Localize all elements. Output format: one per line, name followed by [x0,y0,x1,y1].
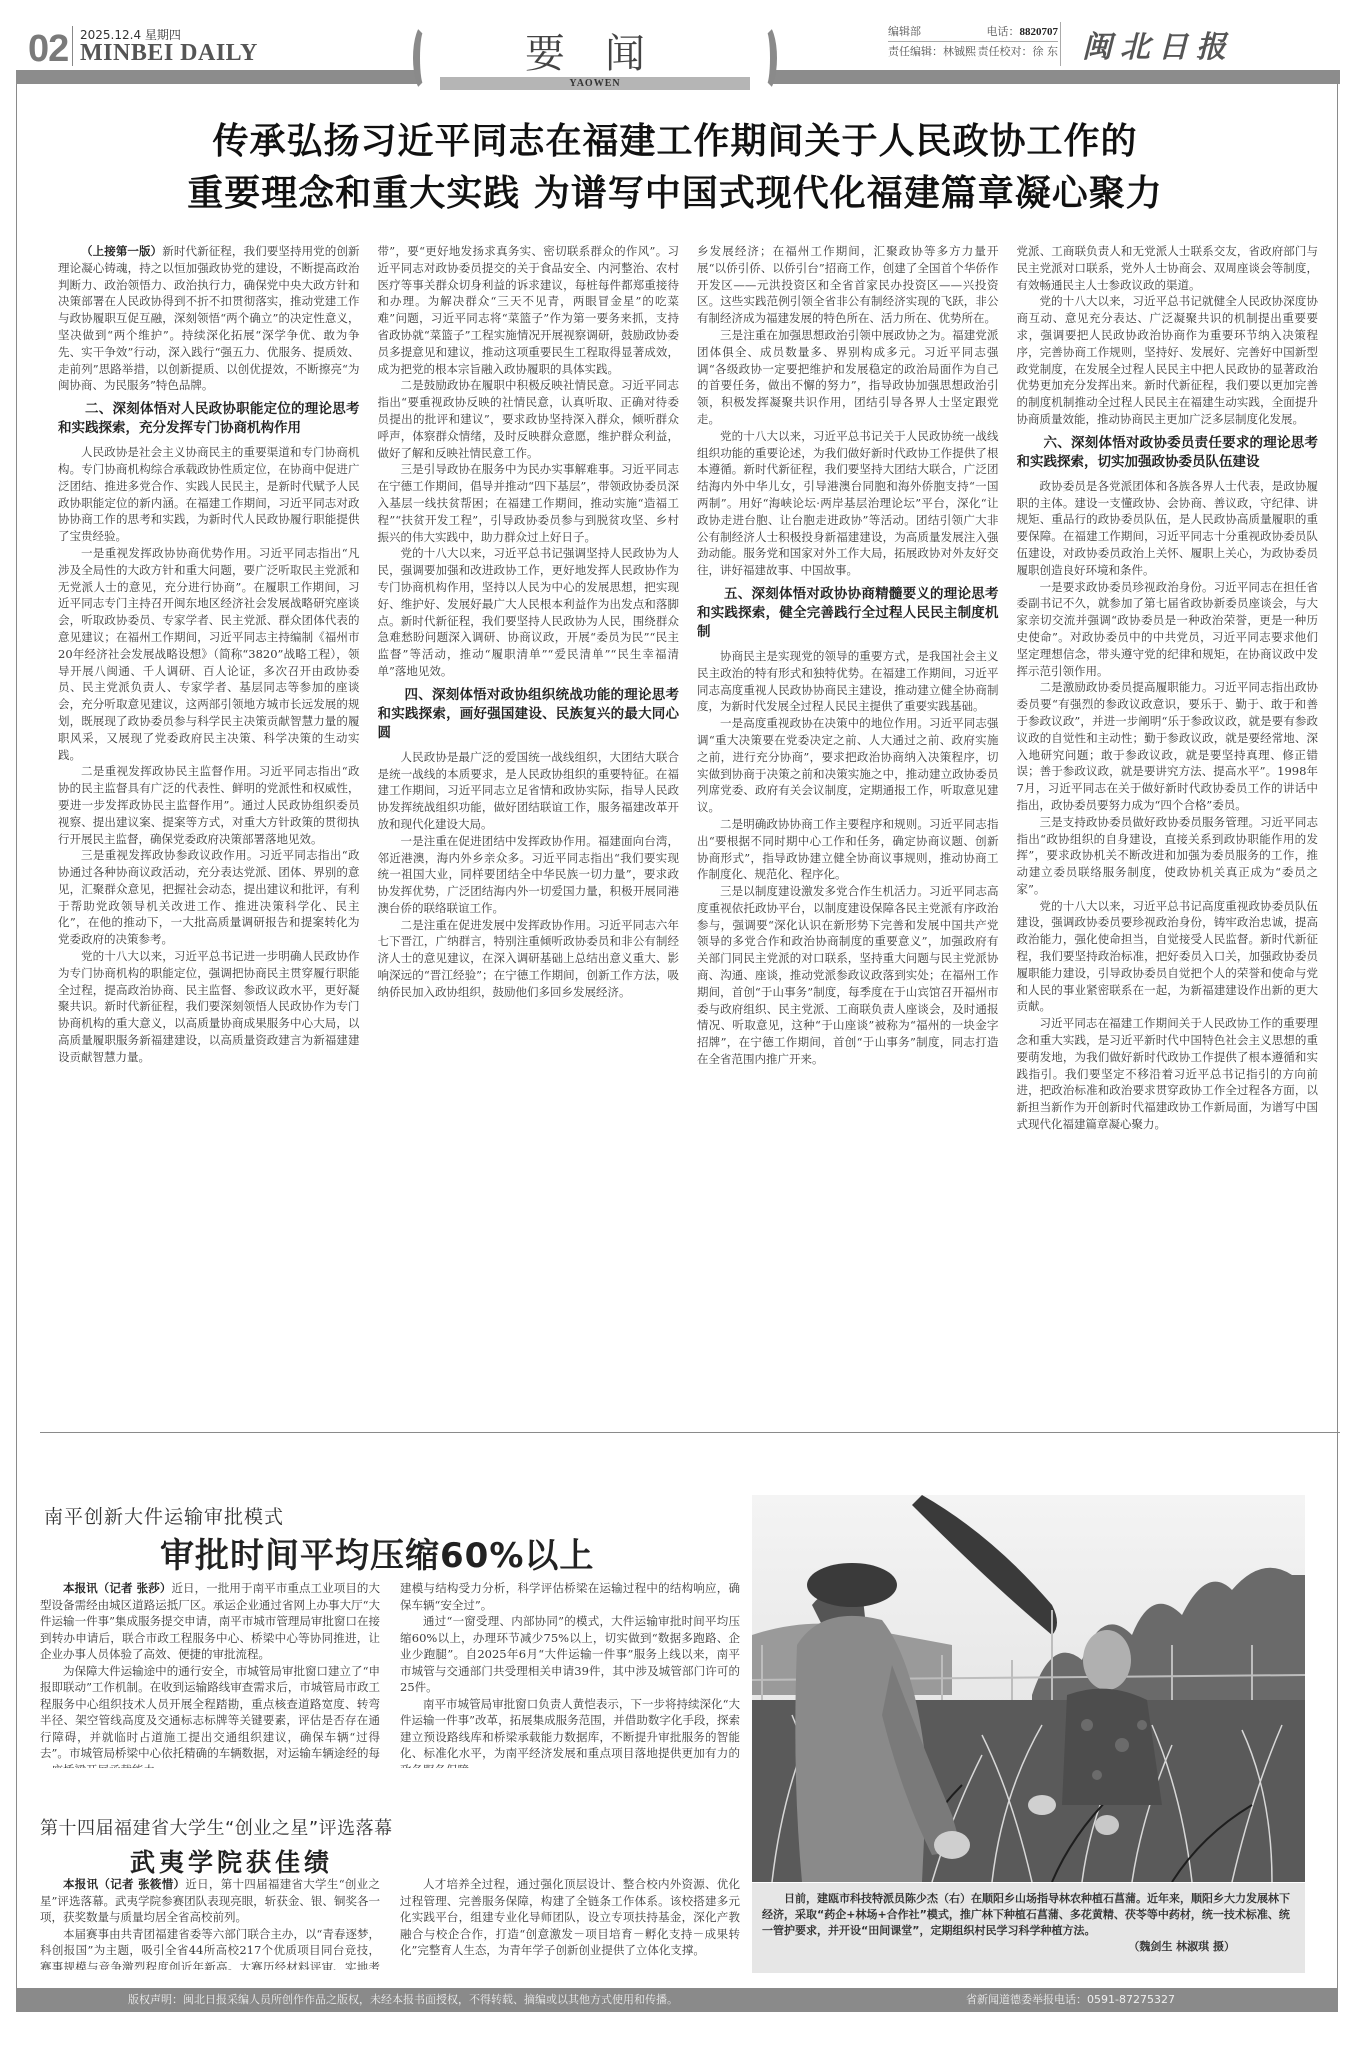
phone-label: 电话： [987,25,1020,38]
paragraph: 三是注重在加强思想政治引领中展政协之为。福建党派团体俱全、成员数量多、界别构成多… [697,327,999,428]
paragraph: 南平市城管局审批窗口负责人黄恺表示，下一步将持续深化“大件运输一件事”改革，拓展… [400,1696,740,1769]
paragraph: 二是注重在促进发展中发挥政协作用。习近平同志六年七下晋江，广纳群言，特别注重倾听… [378,917,680,1001]
continued-from-label: （上接第一版） [81,244,162,258]
paragraph: 党的十八大以来，习近平总书记高度重视政协委员队伍建设，强调政协委员要珍视政治身份… [1017,898,1319,1016]
paragraph: 人民政协是最广泛的爱国统一战线组织，大团结大联合是统一战线的本质要求，是人民政协… [378,749,680,833]
responsible-editor: 责任编辑：林铖熙 [888,42,976,62]
paragraph: 二是激励政协委员提高履职能力。习近平同志指出政协委员要“有强烈的参政议政意识，要… [1017,679,1319,813]
paragraph: 通过“一窗受理、内部协同”的模式，大件运输审批时间平均压缩60%以上，办理环节减… [400,1613,740,1696]
section-title: 要闻 [460,22,750,79]
paragraph: 政协委员是各党派团体和各族各界人士代表，是政协履职的主体。建设一支懂政协、会协商… [1017,478,1319,579]
editorial-dept: 编辑部 [888,22,921,41]
story2-title: 武夷学院获佳绩 [130,1843,333,1879]
report-hotline: 省新闻道德委举报电话：0591-87275327 [966,1988,1175,2012]
paragraph: 为保障大件运输途中的通行安全，市城管局审批窗口建立了“申报即联动”工作机制。在收… [40,1663,380,1769]
paragraph: 人才培养全过程，通过强化顶层设计、整合校内外资源、优化过程管理、完善服务保障，构… [400,1876,740,1959]
page-frame-left [16,84,17,2004]
section-heading-2: 二、深刻体悟对人民政协职能定位的理论思考和实践探索，充分发挥专门协商机构作用 [58,400,360,438]
copyright-notice: 版权声明：闽北日报采编人员所创作作品之版权，未经本报书面授权，不得转载、摘编或以… [128,1988,678,2012]
paragraph: 一是重视发挥政协协商优势作用。习近平同志指出“凡涉及全局性的大政方针和重大问题，… [58,545,360,763]
article-column-4: 党派、工商联负责人和无党派人士联系交友，省政府部门与民主党派对口联系，党外人士协… [1017,243,1319,1393]
story2-kicker: 第十四届福建省大学生“创业之星”评选落幕 [40,1814,393,1840]
paragraph: 党的十八大以来，习近平总书记关于人民政协统一战线组织功能的重要论述，为我们做好新… [697,428,999,579]
paragraph: 本届赛事由共青团福建省委等六部门联合主办，以“青春逐梦，科创报国”为主题，吸引全… [40,1926,380,1971]
section-title-en: YAOWEN [440,77,750,90]
story1-column-2: 建模与结构受力分析，科学评估桥梁在运输过程中的结构响应，确保车辆“安全过”。 通… [400,1580,740,1768]
paragraph: 一是要求政协委员珍视政治身份。习近平同志在担任省委副书记不久，就参加了第七届省政… [1017,579,1319,680]
photo-farmers-in-field-icon [752,1495,1305,1882]
paragraph: 党的十八大以来，习近平总书记强调坚持人民政协为人民，强调要加强和改进政协工作，更… [378,545,680,679]
section-divider [40,1432,1340,1433]
main-headline: 传承弘扬习近平同志在福建工作期间关于人民政协工作的 重要理念和重大实践 为谱写中… [40,116,1310,220]
headline-line-1: 传承弘扬习近平同志在福建工作期间关于人民政协工作的 [40,116,1310,168]
section-heading-4: 四、深刻体悟对政协组织统战功能的理论思考和实践探索，画好强国建设、民族复兴的最大… [378,686,680,743]
main-article: （上接第一版）新时代新征程，我们要坚持用党的创新理论凝心铸魂，持之以恒加强政协党… [58,243,1318,1393]
article-column-3: 乡发展经济；在福州工作期间，汇聚政协等多方力量开展“以侨引侨、以侨引台”招商工作… [697,243,999,1393]
masthead-bar-left [16,70,420,84]
paragraph: 党的十八大以来，习近平总书记进一步明确人民政协作为专门协商机构的职能定位，强调把… [58,948,360,1066]
paper-name-en: MINBEI DAILY [80,40,258,67]
photo-caption: 日前，建瓯市科技特派员陈少杰（右）在顺阳乡山场指导林农种植石菖蒲。近年来，顺阳乡… [752,1883,1305,1973]
headline-line-2: 重要理念和重大实践 为谱写中国式现代化福建篇章凝心聚力 [40,168,1310,220]
story2-body: 本报讯（记者 张筱惜）近日，第十四届福建省大学生“创业之星”评选落幕。武夷学院参… [40,1876,740,1970]
masthead: 02 2025.12.4 星期四 MINBEI DAILY 要闻 YAOWEN … [0,0,1349,92]
paragraph: 带”，要“更好地发扬求真务实、密切联系群众的作风”。习近平同志对政协委员提交的关… [378,243,680,377]
phone-number: 8820707 [1020,26,1059,38]
paragraph: 一是注重在促进团结中发挥政协作用。福建面向台湾，邻近港澳，海内外乡亲众多。习近平… [378,833,680,917]
paragraph: （上接第一版）新时代新征程，我们要坚持用党的创新理论凝心铸魂，持之以恒加强政协党… [58,243,360,394]
paragraph: 二是鼓励政协在履职中积极反映社情民意。习近平同志指出“要重视政协反映的社情民意，… [378,377,680,461]
article-column-2: 带”，要“更好地发扬求真务实、密切联系群众的作风”。习近平同志对政协委员提交的关… [378,243,680,1393]
phone-info: 电话：8820707 [987,22,1059,41]
bracket-right-decoration [755,24,777,92]
paragraph: 党的十八大以来，习近平总书记就健全人民政协深度协商互动、意见充分表达、广泛凝聚共… [1017,293,1319,427]
divider [72,26,73,66]
editor-info: 编辑部 电话：8820707 责任编辑：林铖熙 责任校对：徐 东 [888,22,1058,62]
newspaper-logo: 闽北日报 [1082,22,1234,66]
paragraph: 党派、工商联负责人和无党派人士联系交友，省政府部门与民主党派对口联系，党外人士协… [1017,243,1319,293]
section-heading-6: 六、深刻体悟对政协委员责任要求的理论思考和实践探索，切实加强政协委员队伍建设 [1017,434,1319,472]
paragraph: 习近平同志在福建工作期间关于人民政协工作的重要理念和重大实践，是习近平新时代中国… [1017,1015,1319,1133]
masthead-bar-right [770,70,1340,84]
byline: 本报讯（记者 张筱惜） [63,1877,185,1891]
article-column-1: （上接第一版）新时代新征程，我们要坚持用党的创新理论凝心铸魂，持之以恒加强政协党… [58,243,360,1393]
paragraph: 本报讯（记者 张筱惜）近日，第十四届福建省大学生“创业之星”评选落幕。武夷学院参… [40,1876,380,1926]
paragraph: 本报讯（记者 张莎）近日，一批用于南平市重点工业项目的大型设备需经由城区道路运抵… [40,1580,380,1663]
paragraph: 三是重视发挥政协参政议政作用。习近平同志指出“政协通过各种协商议政活动，充分表达… [58,847,360,948]
story1-body: 本报讯（记者 张莎）近日，一批用于南平市重点工业项目的大型设备需经由城区道路运抵… [40,1580,740,1768]
proofreader: 责任校对：徐 东 [978,42,1059,62]
section-heading-5: 五、深刻体悟对政协协商精髓要义的理论思考和实践探索，健全完善践行全过程人民民主制… [697,585,999,642]
paragraph: 一是高度重视政协在决策中的地位作用。习近平同志强调“重大决策要在党委决定之前、人… [697,715,999,816]
paragraph: 乡发展经济；在福州工作期间，汇聚政协等多方力量开展“以侨引侨、以侨引台”招商工作… [697,243,999,327]
story2-column-2: 人才培养全过程，通过强化顶层设计、整合校内外资源、优化过程管理、完善服务保障，构… [400,1876,740,1970]
story1-kicker: 南平创新大件运输审批模式 [44,1502,284,1529]
paragraph: 协商民主是实现党的领导的重要方式，是我国社会主义民主政治的特有形式和独特优势。在… [697,648,999,715]
story1-column-1: 本报讯（记者 张莎）近日，一批用于南平市重点工业项目的大型设备需经由城区道路运抵… [40,1580,380,1768]
bracket-left-decoration [413,24,435,92]
divider [1060,22,1061,66]
photo-credit: （魏剑生 林淑琪 摄） [762,1939,1295,1955]
paragraph: 二是重视发挥政协民主监督作用。习近平同志指出“政协的民主监督具有广泛的代表性、鲜… [58,763,360,847]
story2-column-1: 本报讯（记者 张筱惜）近日，第十四届福建省大学生“创业之星”评选落幕。武夷学院参… [40,1876,380,1970]
news-photo [752,1495,1305,1882]
page-frame-right [1337,84,1338,2004]
footer-bar: 版权声明：闽北日报采编人员所创作作品之版权，未经本报书面授权，不得转载、摘编或以… [16,1988,1338,2012]
paragraph: 二是明确政协协商工作主要程序和规则。习近平同志指出“要根据不同时期中心工作和任务… [697,816,999,883]
paragraph: 建模与结构受力分析，科学评估桥梁在运输过程中的结构响应，确保车辆“安全过”。 [400,1580,740,1613]
page-number: 02 [28,28,68,71]
byline: 本报讯（记者 张莎） [63,1581,171,1595]
paragraph: 三是以制度建设激发多党合作生机活力。习近平同志高度重视依托政协平台，以制度建设保… [697,883,999,1068]
paragraph: 人民政协是社会主义协商民主的重要渠道和专门协商机构。专门协商机构综合承载政协性质… [58,444,360,545]
caption-text: 日前，建瓯市科技特派员陈少杰（右）在顺阳乡山场指导林农种植石菖蒲。近年来，顺阳乡… [762,1891,1295,1939]
paragraph: 三是支持政协委员做好政协委员服务管理。习近平同志指出“政协组织的自身建设，直接关… [1017,814,1319,898]
paragraph: 三是引导政协在服务中为民办实事解难事。习近平同志在宁德工作期间，倡导并推动“四下… [378,461,680,545]
story1-title: 审批时间平均压缩60%以上 [160,1528,594,1577]
